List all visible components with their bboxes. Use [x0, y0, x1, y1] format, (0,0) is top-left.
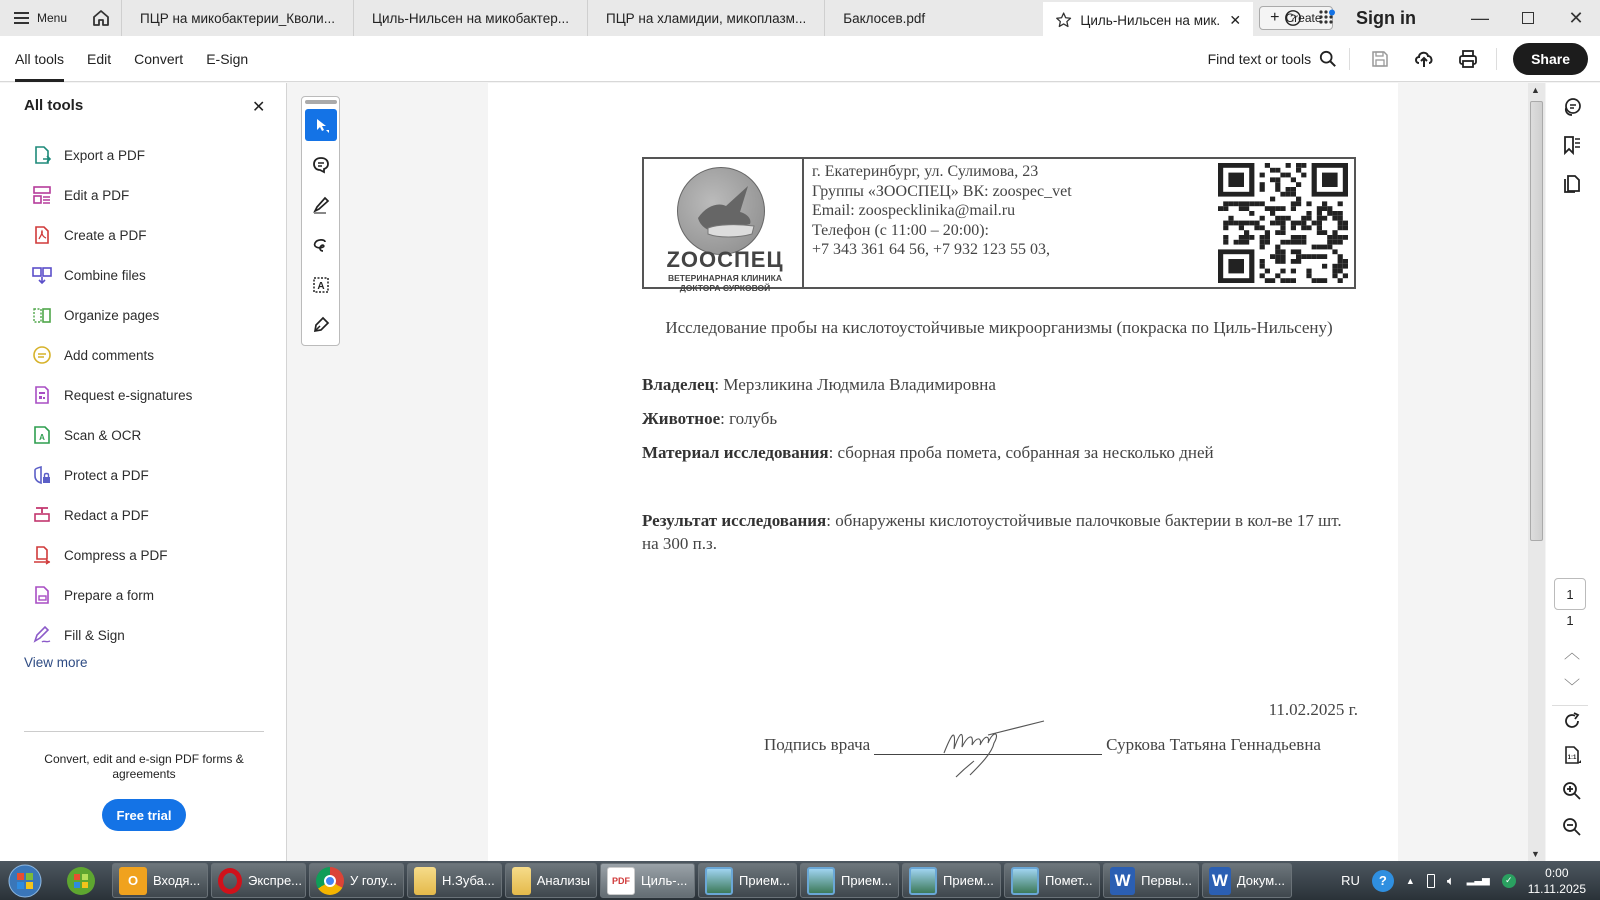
taskbar-item[interactable]: Анализы — [505, 863, 597, 898]
logo-subtitle: ДОКТОРА СУРКОВОЙ — [654, 283, 796, 293]
share-button[interactable]: Share — [1513, 43, 1588, 75]
clinic-contacts: г. Екатеринбург, ул. Сулимова, 23 Группы… — [804, 159, 1080, 287]
redact-pdf-icon — [32, 505, 52, 525]
taskbar-item-label: Входя... — [153, 873, 200, 888]
owner-value: : Мерзликина Людмила Владимировна — [714, 375, 995, 394]
tool-label: Organize pages — [64, 308, 159, 323]
comments-icon — [1561, 96, 1583, 118]
sign-in-button[interactable]: Sign in — [1344, 8, 1456, 29]
taskbar-item[interactable]: Помет... — [1004, 863, 1100, 898]
rotate-icon — [1562, 711, 1582, 731]
zoom-in-icon — [1562, 781, 1582, 801]
tool-label: Edit a PDF — [64, 188, 129, 203]
word-icon: W — [1209, 867, 1231, 895]
tool-item-protect-pdf[interactable]: Protect a PDF — [32, 455, 192, 495]
view-more-link[interactable]: View more — [24, 655, 88, 670]
qr-code-icon — [1218, 163, 1348, 283]
panel-title: All tools — [24, 97, 83, 114]
tab-label: Циль-Нильсен на микобактер... — [372, 11, 569, 26]
material-line: Материал исследования: сборная проба пом… — [642, 441, 1362, 464]
tab-active-document[interactable]: Циль-Нильсен на мик... ✕ — [1043, 2, 1253, 38]
folder-icon — [512, 867, 531, 895]
tool-item-add-comments[interactable]: Add comments — [32, 335, 192, 375]
tool-label: Add comments — [64, 348, 154, 363]
volume-icon[interactable]: 🔈︎ — [1447, 873, 1455, 889]
tab-label: Циль-Нильсен на мик... — [1080, 13, 1221, 28]
network-signal-icon[interactable]: ▂▃▅ — [1467, 875, 1490, 886]
vk-line: Группы «ЗООСПЕЦ» ВК: zoospec_vet — [812, 182, 1072, 202]
promo-text: Convert, edit and e-sign PDF forms & agr… — [24, 752, 264, 782]
menu-button[interactable]: Menu — [0, 0, 81, 36]
svg-text:1:1: 1:1 — [1568, 755, 1577, 761]
tool-label: Export a PDF — [64, 148, 145, 163]
handwritten-signature-icon — [934, 713, 1054, 783]
draw-tool-button[interactable] — [305, 229, 337, 261]
tab-document-2[interactable]: Циль-Нильсен на микобактер... — [353, 0, 587, 36]
cloud-upload-icon — [1413, 48, 1435, 70]
scan-ocr-icon: A — [32, 425, 52, 445]
tab-label: ПЦР на хламидии, микоплазм... — [606, 11, 806, 26]
material-label: Материал исследования — [642, 443, 829, 462]
taskbar-item[interactable]: WДокум... — [1202, 863, 1292, 898]
taskbar-item-label: Помет... — [1045, 873, 1093, 888]
animal-label: Животное — [642, 409, 720, 428]
taskbar-item[interactable]: OВходя... — [112, 863, 208, 898]
copy-pages-icon — [1561, 172, 1583, 194]
taskbar-item-label: Экспре... — [248, 873, 302, 888]
actual-size-icon: 1:1 — [1562, 745, 1582, 765]
taskbar-item-label: Анализы — [537, 873, 590, 888]
tab-document-1[interactable]: ПЦР на микобактерии_Кволи... — [121, 0, 353, 36]
help-button[interactable]: ? — [1276, 0, 1310, 36]
create-pdf-icon — [32, 225, 52, 245]
document-title: Исследование пробы на кислотоустойчивые … — [642, 316, 1356, 339]
clock[interactable]: 0:00 11.11.2025 — [1528, 865, 1586, 897]
divider — [24, 731, 264, 732]
rotate-button[interactable] — [1556, 705, 1588, 737]
save-button[interactable] — [1360, 39, 1400, 79]
pages-panel-button[interactable] — [1556, 167, 1588, 199]
current-page-input[interactable]: 1 — [1554, 578, 1586, 610]
tools-list: Export a PDFEdit a PDFCreate a PDFCombin… — [32, 135, 192, 655]
word-icon: W — [1110, 867, 1135, 895]
zoom-out-icon — [1562, 817, 1582, 837]
dove-logo-icon — [677, 167, 765, 255]
help-tray-icon[interactable]: ? — [1372, 870, 1394, 892]
battery-icon[interactable] — [1427, 874, 1435, 888]
previous-page-button[interactable]: ︿ — [1556, 635, 1588, 667]
tab-label: ПЦР на микобактерии_Кволи... — [140, 11, 335, 26]
material-value: : сборная проба помета, собранная за нес… — [829, 443, 1214, 462]
outlook-icon: O — [119, 867, 147, 895]
fit-page-button[interactable]: 1:1 — [1556, 739, 1588, 771]
fill-sign-icon — [32, 625, 52, 645]
taskbar-item-label: Первы... — [1141, 873, 1192, 888]
svg-text:A: A — [317, 281, 324, 292]
chevron-up-icon: ︿ — [1564, 640, 1580, 663]
language-indicator[interactable]: RU — [1341, 873, 1360, 888]
compress-pdf-icon — [32, 545, 52, 565]
find-label: Find text or tools — [1208, 51, 1312, 67]
clinic-logo: ZOOСПЕЦ ВЕТЕРИНАРНАЯ КЛИНИКА ДОКТОРА СУР… — [644, 159, 804, 287]
owner-label: Владелец — [642, 375, 714, 394]
folder-icon — [414, 867, 436, 895]
owner-line: Владелец: Мерзликина Людмила Владимировн… — [642, 373, 1362, 396]
save-icon — [1370, 49, 1390, 69]
windows-update-button[interactable] — [50, 861, 112, 900]
photo-viewer-icon — [807, 867, 835, 895]
prepare-form-icon — [32, 585, 52, 605]
next-page-button[interactable]: ﹀ — [1556, 669, 1588, 701]
maximize-button[interactable] — [1504, 0, 1552, 36]
tab-all-tools[interactable]: All tools — [15, 36, 64, 82]
scrollbar-thumb[interactable] — [1530, 101, 1543, 541]
bookmarks-panel-button[interactable] — [1556, 129, 1588, 161]
tool-item-combine-files[interactable]: Combine files — [32, 255, 192, 295]
tool-item-organize-pages[interactable]: Organize pages — [32, 295, 192, 335]
fountain-pen-icon — [311, 315, 331, 335]
tab-convert[interactable]: Convert — [134, 36, 183, 82]
tab-document-3[interactable]: ПЦР на хламидии, микоплазм... — [587, 0, 824, 36]
organize-pages-icon — [32, 305, 52, 325]
export-pdf-icon — [32, 145, 52, 165]
drag-handle[interactable] — [305, 100, 337, 104]
taskbar-item[interactable]: Н.Зуба... — [407, 863, 502, 898]
taskbar-item-label: Прием... — [841, 873, 892, 888]
home-icon — [91, 8, 111, 28]
taskbar-item-label: Циль-... — [641, 873, 687, 888]
combine-files-icon — [32, 265, 52, 285]
text-tool-button[interactable]: A — [305, 269, 337, 301]
pdf-page: ZOOСПЕЦ ВЕТЕРИНАРНАЯ КЛИНИКА ДОКТОРА СУР… — [488, 83, 1398, 861]
all-tools-panel: All tools ✕ Export a PDFEdit a PDFCreate… — [0, 83, 287, 861]
clock-date: 11.11.2025 — [1528, 881, 1586, 897]
scroll-down-arrow-icon[interactable]: ▼ — [1531, 849, 1540, 859]
animal-value: : голубь — [720, 409, 777, 428]
tool-label: Prepare a form — [64, 588, 154, 603]
select-tool-button[interactable] — [305, 109, 337, 141]
taskbar-item-label: Прием... — [943, 873, 994, 888]
comment-icon — [311, 155, 331, 175]
clinic-header: ZOOСПЕЦ ВЕТЕРИНАРНАЯ КЛИНИКА ДОКТОРА СУР… — [642, 157, 1356, 289]
acrobat-icon: PDF — [607, 867, 635, 895]
pen-icon — [311, 195, 331, 215]
document-date: 11.02.2025 г. — [1269, 700, 1358, 720]
tool-item-edit-pdf[interactable]: Edit a PDF — [32, 175, 192, 215]
close-panel-icon[interactable]: ✕ — [252, 97, 265, 117]
taskbar-item[interactable]: Экспре... — [211, 863, 306, 898]
taskbar-item[interactable]: У голу... — [309, 863, 404, 898]
tool-label: Create a PDF — [64, 228, 147, 243]
taskbar-item[interactable]: PDFЦиль-... — [600, 863, 695, 898]
windows-logo-icon — [8, 864, 42, 898]
search-icon — [1319, 50, 1337, 68]
taskbar-item[interactable]: Прием... — [902, 863, 1001, 898]
print-button[interactable] — [1448, 39, 1488, 79]
email-line: Email: zoospecklinika@mail.ru — [812, 201, 1072, 221]
close-tab-icon[interactable]: ✕ — [1229, 12, 1241, 29]
menu-label: Menu — [37, 11, 67, 25]
sign-tool-button[interactable] — [305, 309, 337, 341]
phone-numbers-line: +7 343 361 64 56, +7 932 123 55 03, — [812, 240, 1072, 260]
free-trial-button[interactable]: Free trial — [102, 799, 186, 831]
cursor-icon — [312, 116, 330, 134]
logo-subtitle: ВЕТЕРИНАРНАЯ КЛИНИКА — [654, 273, 796, 283]
lasso-draw-icon — [311, 235, 331, 255]
request-esignatures-icon — [32, 385, 52, 405]
zoom-in-button[interactable] — [1556, 775, 1588, 807]
signature-line: Подпись врача Суркова Татьяна Геннадьевн… — [764, 735, 1321, 755]
tool-label: Compress a PDF — [64, 548, 168, 563]
tab-esign[interactable]: E-Sign — [206, 36, 248, 82]
hamburger-icon — [14, 12, 29, 24]
result-line: Результат исследования: обнаружены кисло… — [642, 509, 1362, 555]
tool-label: Scan & OCR — [64, 428, 141, 443]
total-pages: 1 — [1554, 613, 1586, 628]
result-label: Результат исследования — [642, 511, 826, 530]
chrome-icon — [316, 867, 344, 895]
quick-tools-bar: A — [301, 96, 340, 346]
photo-viewer-icon — [1011, 867, 1039, 895]
tool-label: Protect a PDF — [64, 468, 149, 483]
tool-label: Combine files — [64, 268, 146, 283]
tool-item-create-pdf[interactable]: Create a PDF — [32, 215, 192, 255]
phone-hours-line: Телефон (с 11:00 – 20:00): — [812, 221, 1072, 241]
highlight-tool-button[interactable] — [305, 189, 337, 221]
tab-label: Баклосев.pdf — [843, 11, 925, 26]
windows-taskbar: OВходя...Экспре...У голу...Н.Зуба...Анал… — [0, 861, 1600, 900]
minimize-button[interactable]: — — [1456, 0, 1504, 36]
find-text-or-tools[interactable]: Find text or tools — [1208, 48, 1351, 70]
upload-button[interactable] — [1404, 39, 1444, 79]
doctor-name: Суркова Татьяна Геннадьевна — [1106, 735, 1321, 755]
apps-grid-icon — [1318, 9, 1336, 27]
tool-item-fill-sign[interactable]: Fill & Sign — [32, 615, 192, 655]
edit-pdf-icon — [32, 185, 52, 205]
security-shield-icon[interactable]: ✓ — [1502, 874, 1516, 888]
tab-document-4[interactable]: Баклосев.pdf — [824, 0, 943, 36]
tool-item-compress-pdf[interactable]: Compress a PDF — [32, 535, 192, 575]
tool-item-export-pdf[interactable]: Export a PDF — [32, 135, 192, 175]
zoom-out-button[interactable] — [1556, 811, 1588, 843]
close-icon: ✕ — [1568, 8, 1583, 29]
show-hidden-icons-icon[interactable]: ▲ — [1406, 876, 1415, 886]
taskbar-item-label: Прием... — [739, 873, 790, 888]
scroll-up-arrow-icon[interactable]: ▲ — [1531, 85, 1540, 95]
printer-icon — [1457, 48, 1479, 70]
chevron-down-icon: ﹀ — [1564, 674, 1580, 697]
tab-edit[interactable]: Edit — [87, 36, 111, 82]
title-bar: Menu ПЦР на микобактерии_Кволи... Циль-Н… — [0, 0, 1600, 36]
restore-icon — [1522, 12, 1534, 24]
animal-line: Животное: голубь — [642, 407, 1362, 430]
start-button[interactable] — [0, 861, 50, 900]
home-button[interactable] — [81, 0, 121, 36]
text-box-icon: A — [311, 275, 331, 295]
help-icon: ? — [1284, 9, 1302, 27]
taskbar-item-label: У голу... — [350, 873, 397, 888]
svg-text:?: ? — [1290, 14, 1296, 25]
divider — [1496, 48, 1497, 70]
taskbar-item[interactable]: WПервы... — [1103, 863, 1199, 898]
photo-viewer-icon — [705, 867, 733, 895]
apps-button[interactable] — [1310, 0, 1344, 36]
tool-item-redact-pdf[interactable]: Redact a PDF — [32, 495, 192, 535]
opera-icon — [218, 867, 242, 895]
svg-text:A: A — [39, 433, 45, 442]
tool-label: Fill & Sign — [64, 628, 125, 643]
system-tray: RU ? ▲ 🔈︎ ▂▃▅ ✓ 0:00 11.11.2025 — [1341, 861, 1600, 900]
tool-item-scan-ocr[interactable]: AScan & OCR — [32, 415, 192, 455]
minimize-icon: — — [1471, 8, 1489, 29]
taskbar-item[interactable]: Прием... — [698, 863, 797, 898]
star-icon[interactable] — [1055, 11, 1072, 29]
protect-pdf-icon — [32, 465, 52, 485]
tool-label: Request e-signatures — [64, 388, 192, 403]
comments-panel-button[interactable] — [1556, 91, 1588, 123]
add-comments-icon — [32, 345, 52, 365]
signature-label: Подпись врача — [764, 735, 870, 755]
clock-time: 0:00 — [1528, 865, 1586, 881]
right-rail: 1 1 ︿ ﹀ 1:1 — [1546, 83, 1600, 861]
tool-item-request-esignatures[interactable]: Request e-signatures — [32, 375, 192, 415]
close-window-button[interactable]: ✕ — [1552, 0, 1600, 36]
windows-green-logo-icon — [66, 866, 96, 896]
tool-label: Redact a PDF — [64, 508, 149, 523]
tool-item-prepare-form[interactable]: Prepare a form — [32, 575, 192, 615]
bookmark-icon — [1561, 134, 1583, 156]
address-line: г. Екатеринбург, ул. Сулимова, 23 — [812, 162, 1072, 182]
taskbar-item[interactable]: Прием... — [800, 863, 899, 898]
main-toolbar: All tools Edit Convert E-Sign Find text … — [0, 36, 1600, 82]
taskbar-items: OВходя...Экспре...У голу...Н.Зуба...Анал… — [112, 863, 1295, 898]
taskbar-item-label: Докум... — [1237, 873, 1285, 888]
taskbar-item-label: Н.Зуба... — [442, 873, 495, 888]
vertical-scrollbar[interactable]: ▲ ▼ — [1528, 83, 1545, 861]
comment-tool-button[interactable] — [305, 149, 337, 181]
signature — [874, 735, 1102, 755]
photo-viewer-icon — [909, 867, 937, 895]
logo-title: ZOOСПЕЦ — [654, 247, 796, 273]
